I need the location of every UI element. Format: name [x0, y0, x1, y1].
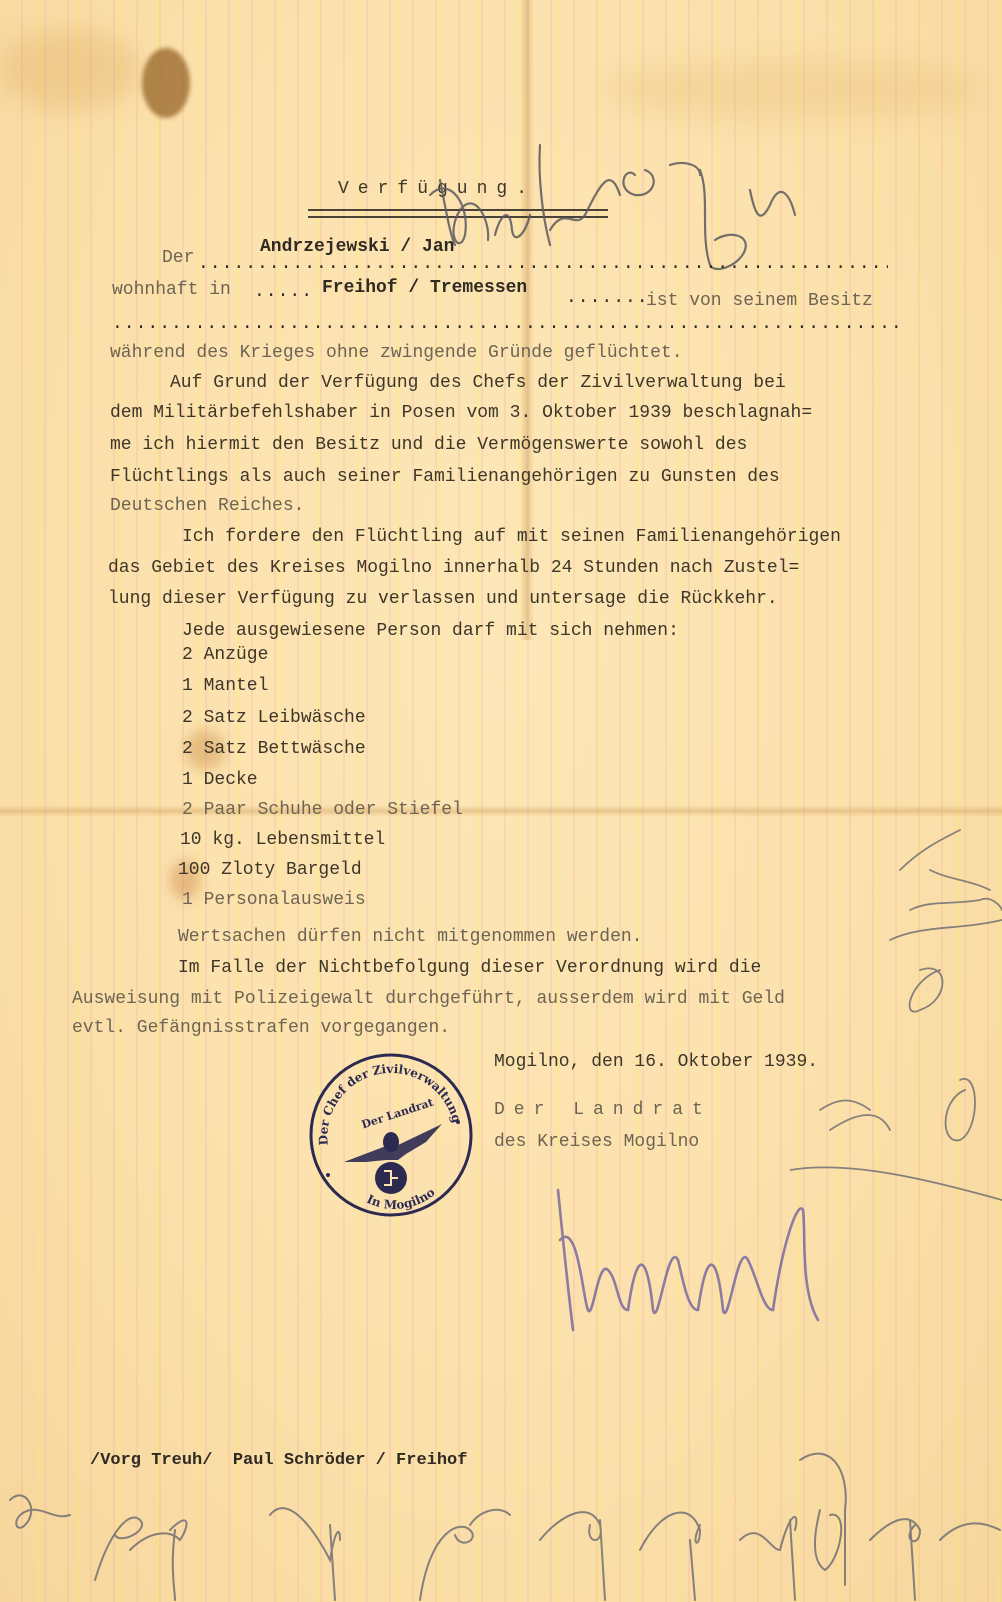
age-stain [0, 30, 140, 110]
ink-stain [142, 48, 190, 118]
body-line: während des Krieges ohne zwingende Gründ… [110, 342, 683, 364]
closing-line: Wertsachen dürfen nicht mitgenommen werd… [178, 926, 642, 948]
body-line: Deutschen Reiches. [110, 495, 304, 517]
list-item: 2 Satz Bettwäsche [182, 738, 366, 760]
list-item: 2 Anzüge [182, 644, 268, 666]
recipient-dotted-line: ........................................… [198, 254, 888, 274]
list-item: 10 kg. Lebensmittel [180, 829, 385, 851]
body-line: Ich fordere den Flüchtling auf mit seine… [182, 526, 841, 548]
signatory-district: des Kreises Mogilno [494, 1131, 699, 1153]
body-line: Auf Grund der Verfügung des Chefs der Zi… [170, 372, 786, 394]
list-item: 1 Decke [182, 769, 258, 791]
age-stain [600, 60, 980, 120]
residence-dotted-line-trail: ....... [566, 288, 650, 308]
list-item: 1 Mantel [182, 675, 268, 697]
residence-suffix: ist von seinem Besitz [646, 290, 873, 312]
eagle-emblem-icon [344, 1124, 442, 1194]
official-stamp: Der Chef der Zivilverwaltung In Mogilno … [306, 1050, 476, 1220]
list-item: 2 Satz Leibwäsche [182, 707, 366, 729]
signatory-title: Der Landrat [494, 1099, 712, 1121]
body-line: Flüchtlings als auch seiner Familienange… [110, 466, 780, 488]
list-item: 100 Zloty Bargeld [178, 859, 362, 881]
place-date: Mogilno, den 16. Oktober 1939. [494, 1051, 818, 1073]
body-line: lung dieser Verfügung zu verlassen und u… [108, 588, 778, 610]
body-line: Jede ausgewiesene Person darf mit sich n… [182, 620, 679, 642]
closing-line: Im Falle der Nichtbefolgung dieser Veror… [178, 957, 761, 979]
body-line: dem Militärbefehlshaber in Posen vom 3. … [110, 402, 812, 424]
residence-dotted-line-lead: ..... [254, 282, 324, 302]
bottom-pencil-scribbles [0, 1430, 1002, 1602]
residence-label: wohnhaft in [112, 279, 231, 301]
body-line: das Gebiet des Kreises Mogilno innerhalb… [108, 557, 799, 579]
stamp-inner-text: Der Landrat [360, 1096, 436, 1132]
body-line: me ich hiermit den Besitz und die Vermög… [110, 434, 747, 456]
blank-dotted-line: ........................................… [112, 314, 907, 334]
list-item: 1 Personalausweis [182, 889, 366, 911]
recipient-label: Der [162, 247, 194, 269]
list-item: 2 Paar Schuhe oder Stiefel [182, 799, 463, 821]
residence-value: Freihof / Tremessen [322, 277, 527, 299]
closing-line: evtl. Gefängnisstrafen vorgegangen. [72, 1017, 450, 1039]
closing-line: Ausweisung mit Polizeigewalt durchgeführ… [72, 988, 785, 1010]
margin-pencil-annotation [790, 810, 1002, 1210]
